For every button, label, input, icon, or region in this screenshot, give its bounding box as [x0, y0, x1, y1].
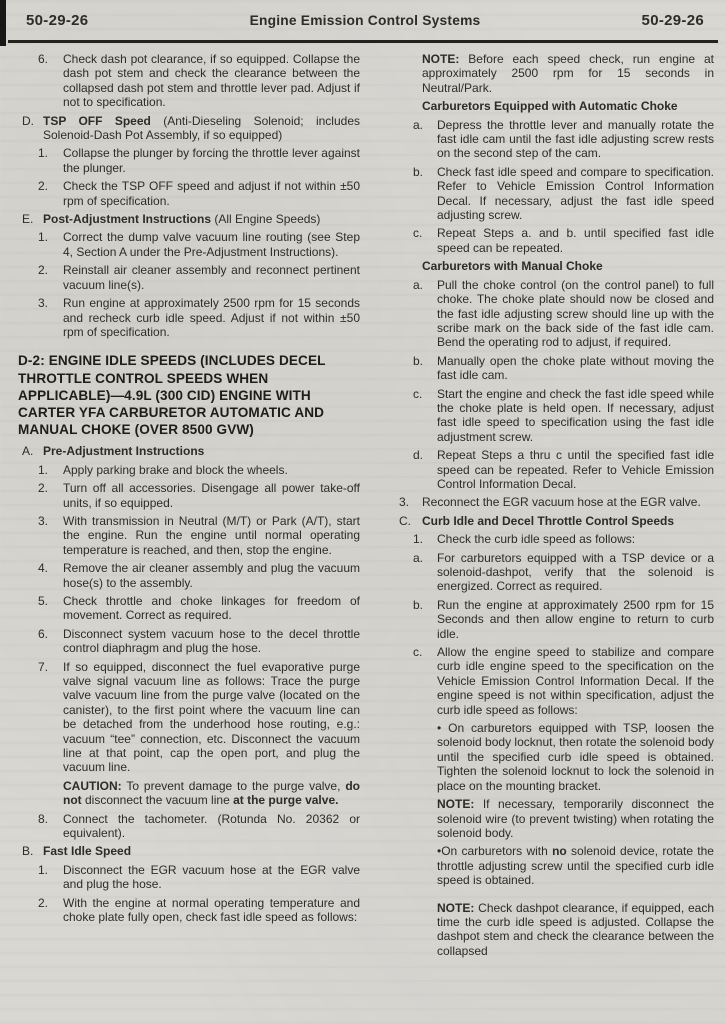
item-label: 2.: [38, 896, 63, 910]
paragraph: NOTE: If necessary, temporarily disconne…: [384, 797, 714, 840]
body-text: Check throttle and choke linkages for fr…: [63, 594, 360, 622]
item-label: a.: [413, 551, 437, 565]
body-text: Manually open the choke plate without mo…: [437, 354, 714, 382]
body-text: (All Engine Speeds): [211, 212, 320, 226]
paragraph: a.For carburetors equipped with a TSP de…: [384, 551, 714, 594]
item-label: 1.: [413, 532, 437, 546]
body-text: Repeat Steps a. and b. until specified f…: [437, 226, 714, 254]
item-label: c.: [413, 387, 437, 401]
body-text: • On carburetors equipped with TSP, loos…: [437, 721, 714, 793]
paragraph: 3.Reconnect the EGR vacuum hose at the E…: [384, 495, 714, 509]
bold-text: Post-Adjustment Instructions: [43, 212, 211, 226]
body-text: Correct the dump valve vacuum line routi…: [63, 230, 360, 258]
item-label: a.: [413, 278, 437, 292]
body-text: Reconnect the EGR vacuum hose at the EGR…: [422, 495, 701, 509]
body-text: Check dash pot clearance, if so equipped…: [63, 52, 360, 109]
header-rule: [8, 40, 718, 43]
item-label: A.: [22, 444, 43, 458]
page-number-left: 50-29-26: [26, 12, 88, 29]
item-label: 6.: [38, 627, 63, 641]
paragraph: D.TSP OFF Speed (Anti-Dieseling Solenoid…: [18, 114, 360, 143]
paragraph: Carburetors with Manual Choke: [384, 259, 714, 273]
paragraph: b.Run the engine at approximately 2500 r…: [384, 598, 714, 641]
paragraph: 4.Remove the air cleaner assembly and pl…: [18, 561, 360, 590]
body-text: Check the curb idle speed as follows:: [437, 532, 635, 546]
paragraph: 1.Disconnect the EGR vacuum hose at the …: [18, 863, 360, 892]
bold-text: Pre-Adjustment Instructions: [43, 444, 204, 458]
paragraph: 7.If so equipped, disconnect the fuel ev…: [18, 660, 360, 775]
paragraph: E.Post-Adjustment Instructions (All Engi…: [18, 212, 360, 226]
paragraph: A.Pre-Adjustment Instructions: [18, 444, 360, 458]
body-text: Collapse the plunger by forcing the thro…: [63, 146, 360, 174]
paragraph: • On carburetors equipped with TSP, loos…: [384, 721, 714, 793]
paragraph: a.Depress the throttle lever and manuall…: [384, 118, 714, 161]
item-label: 1.: [38, 863, 63, 877]
item-label: 1.: [38, 463, 63, 477]
paragraph: 2.Turn off all accessories. Disengage al…: [18, 481, 360, 510]
manual-page: 50-29-26 Engine Emission Control Systems…: [0, 0, 726, 1024]
paragraph: 2.Check the TSP OFF speed and adjust if …: [18, 179, 360, 208]
body-text: Depress the throttle lever and manually …: [437, 118, 714, 161]
item-label: D.: [22, 114, 43, 128]
paragraph: c.Repeat Steps a. and b. until specified…: [384, 226, 714, 255]
item-label: 2.: [38, 481, 63, 495]
body-text: If so equipped, disconnect the fuel evap…: [63, 660, 360, 775]
body-text: Check fast idle speed and compare to spe…: [437, 165, 714, 222]
body-text: disconnect the vacuum line: [82, 793, 233, 807]
paragraph: 3.Run engine at approximately 2500 rpm f…: [18, 296, 360, 339]
paragraph: 6.Check dash pot clearance, if so equipp…: [18, 52, 360, 110]
page-number-right: 50-29-26: [642, 12, 704, 29]
section-heading-d2: D-2: ENGINE IDLE SPEEDS (INCLUDES DECEL …: [18, 352, 360, 438]
item-label: 4.: [38, 561, 63, 575]
item-label: b.: [413, 354, 437, 368]
left-column: 6.Check dash pot clearance, if so equipp…: [18, 52, 360, 929]
body-text: Connect the tachometer. (Rotunda No. 203…: [63, 812, 360, 840]
bold-text: NOTE:: [437, 901, 474, 915]
item-label: 2.: [38, 263, 63, 277]
paragraph: c.Start the engine and check the fast id…: [384, 387, 714, 445]
paragraph: B.Fast Idle Speed: [18, 844, 360, 858]
paragraph: b.Manually open the choke plate without …: [384, 354, 714, 383]
body-text: Allow the engine speed to stabilize and …: [437, 645, 714, 717]
item-label: E.: [22, 212, 43, 226]
paragraph: 5.Check throttle and choke linkages for …: [18, 594, 360, 623]
bold-text: at the purge valve.: [233, 793, 338, 807]
body-text: D-2: ENGINE IDLE SPEEDS (INCLUDES DECEL …: [18, 353, 325, 437]
bold-text: Fast Idle Speed: [43, 844, 131, 858]
paragraph: 3.With transmission in Neutral (M/T) or …: [18, 514, 360, 557]
page-header: 50-29-26 Engine Emission Control Systems…: [26, 12, 704, 29]
body-text: To prevent damage to the purge valve,: [122, 779, 346, 793]
body-text: Run engine at approximately 2500 rpm for…: [63, 296, 360, 339]
paragraph: 2.With the engine at normal operating te…: [18, 896, 360, 925]
paragraph: a.Pull the choke control (on the control…: [384, 278, 714, 350]
paragraph: NOTE: Check dashpot clearance, if equipp…: [384, 901, 714, 959]
bold-text: CAUTION:: [63, 779, 122, 793]
body-text: Remove the air cleaner assembly and plug…: [63, 561, 360, 589]
body-text: Disconnect the EGR vacuum hose at the EG…: [63, 863, 360, 891]
item-label: 5.: [38, 594, 63, 608]
body-text: Check dashpot clearance, if equipped, ea…: [437, 901, 714, 958]
body-text: Run the engine at approximately 2500 rpm…: [437, 598, 714, 641]
bold-text: TSP OFF Speed: [43, 114, 151, 128]
item-label: b.: [413, 165, 437, 179]
page-title: Engine Emission Control Systems: [250, 13, 481, 28]
body-text: Before each speed check, run engine at a…: [422, 52, 714, 95]
body-text: Repeat Steps a thru c until the specifie…: [437, 448, 714, 491]
bold-text: no: [552, 844, 567, 858]
bold-text: NOTE:: [437, 797, 474, 811]
item-label: 2.: [38, 179, 63, 193]
body-text: Disconnect system vacuum hose to the dec…: [63, 627, 360, 655]
item-label: c.: [413, 226, 437, 240]
paragraph: 6.Disconnect system vacuum hose to the d…: [18, 627, 360, 656]
body-text: With transmission in Neutral (M/T) or Pa…: [63, 514, 360, 557]
body-text: With the engine at normal operating temp…: [63, 896, 360, 924]
item-label: d.: [413, 448, 437, 462]
item-label: 7.: [38, 660, 63, 674]
body-text: Turn off all accessories. Disengage all …: [63, 481, 360, 509]
paragraph: b.Check fast idle speed and compare to s…: [384, 165, 714, 223]
paragraph: C.Curb Idle and Decel Throttle Control S…: [384, 514, 714, 528]
paragraph: •On carburetors with no solenoid device,…: [384, 844, 714, 887]
body-text: Carburetors Equipped with Automatic Chok…: [422, 99, 678, 113]
body-text: Carburetors with Manual Choke: [422, 259, 603, 273]
item-label: 3.: [38, 296, 63, 310]
paragraph: 1.Apply parking brake and block the whee…: [18, 463, 360, 477]
item-label: 3.: [38, 514, 63, 528]
bold-text: Curb Idle and Decel Throttle Control Spe…: [422, 514, 674, 528]
paragraph: 8.Connect the tachometer. (Rotunda No. 2…: [18, 812, 360, 841]
body-text: For carburetors equipped with a TSP devi…: [437, 551, 714, 594]
paragraph: 1.Check the curb idle speed as follows:: [384, 532, 714, 546]
paragraph: 1.Collapse the plunger by forcing the th…: [18, 146, 360, 175]
body-text: Start the engine and check the fast idle…: [437, 387, 714, 444]
item-label: 3.: [399, 495, 422, 509]
item-label: B.: [22, 844, 43, 858]
body-text: Reinstall air cleaner assembly and recon…: [63, 263, 360, 291]
paragraph: 2.Reinstall air cleaner assembly and rec…: [18, 263, 360, 292]
paragraph: 1.Correct the dump valve vacuum line rou…: [18, 230, 360, 259]
paragraph: CAUTION: To prevent damage to the purge …: [18, 779, 360, 808]
item-label: b.: [413, 598, 437, 612]
body-text: Pull the choke control (on the control p…: [437, 278, 714, 350]
item-label: a.: [413, 118, 437, 132]
item-label: c.: [413, 645, 437, 659]
item-label: C.: [399, 514, 422, 528]
right-column: NOTE: Before each speed check, run engin…: [384, 52, 714, 962]
body-text: Apply parking brake and block the wheels…: [63, 463, 288, 477]
paragraph: Carburetors Equipped with Automatic Chok…: [384, 99, 714, 113]
scan-edge-artifact: [0, 0, 6, 46]
item-label: 1.: [38, 146, 63, 160]
item-label: 1.: [38, 230, 63, 244]
bold-text: NOTE:: [422, 52, 459, 66]
item-label: 6.: [38, 52, 63, 66]
body-text: If necessary, temporarily disconnect the…: [437, 797, 714, 840]
paragraph: d.Repeat Steps a thru c until the specif…: [384, 448, 714, 491]
body-text: Check the TSP OFF speed and adjust if no…: [63, 179, 360, 207]
item-label: 8.: [38, 812, 63, 826]
body-text: •On carburetors with: [437, 844, 552, 858]
paragraph: c.Allow the engine speed to stabilize an…: [384, 645, 714, 717]
paragraph: NOTE: Before each speed check, run engin…: [384, 52, 714, 95]
